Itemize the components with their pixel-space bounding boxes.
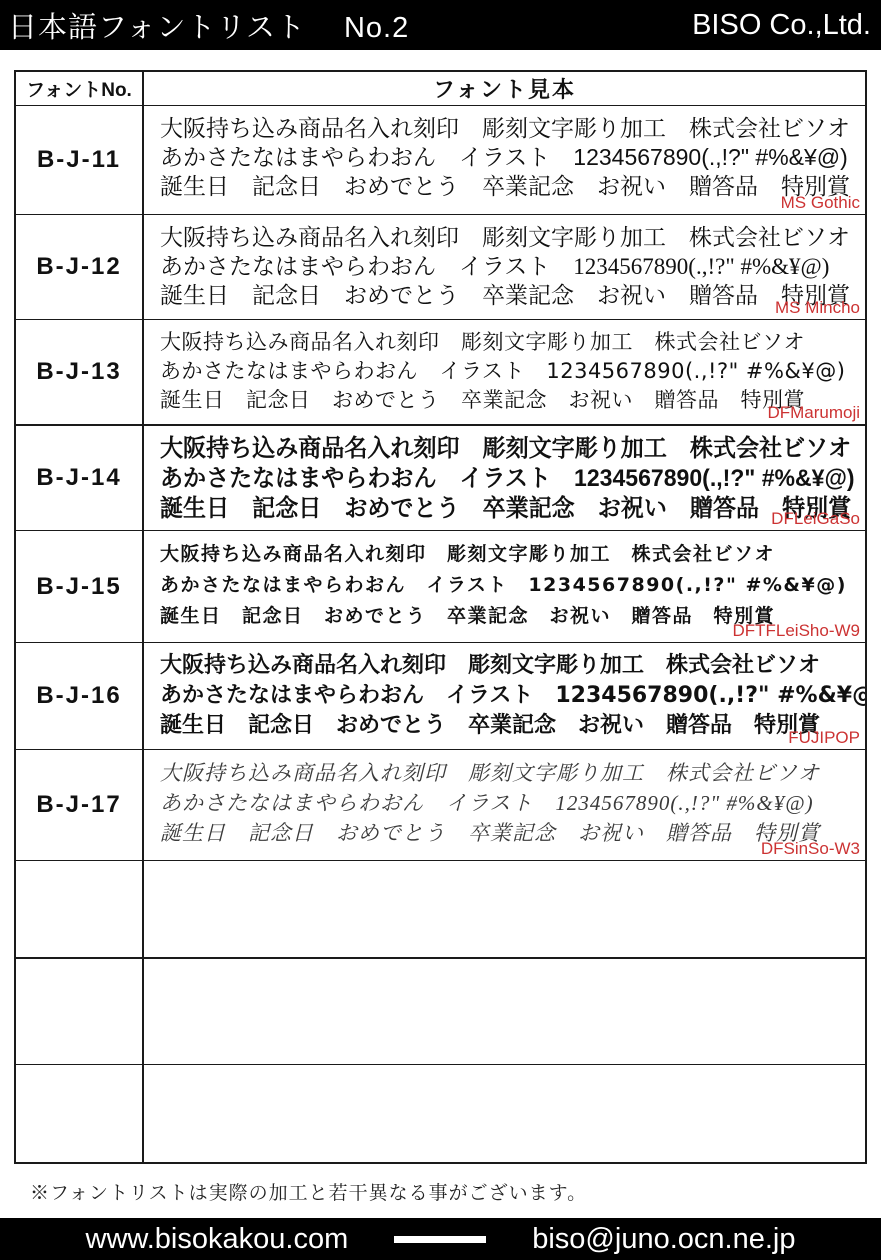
- font-no-column-header: フォントNo.: [16, 72, 144, 105]
- font-name-label: DFLeiGaSo: [771, 509, 860, 529]
- font-name-label: FUJIPOP: [788, 728, 860, 748]
- footer-bar: www.bisokakou.com biso@juno.ocn.ne.jp: [0, 1218, 881, 1260]
- sample-line: 大阪持ち込み商品名入れ刻印 彫刻文字彫り加工 株式会社ビソオ: [160, 758, 857, 788]
- font-no-cell: B-J-12: [16, 215, 144, 319]
- font-row-b-j-14: B-J-14 大阪持ち込み商品名入れ刻印 彫刻文字彫り加工 株式会社ビソオ あか…: [16, 424, 865, 530]
- font-name-label: MS Mincho: [775, 298, 860, 318]
- font-sample-cell: 大阪持ち込み商品名入れ刻印 彫刻文字彫り加工 株式会社ビソオ あかさたなはまやら…: [144, 426, 865, 530]
- sample-line: 大阪持ち込み商品名入れ刻印 彫刻文字彫り加工 株式会社ビソオ: [160, 539, 857, 570]
- empty-row: [16, 1064, 865, 1162]
- font-no-cell: B-J-13: [16, 320, 144, 424]
- sample-line: あかさたなはまやらわおん イラスト 1234567890(.,!?" #%&¥@…: [160, 464, 856, 494]
- sample-line: 誕生日 記念日 おめでとう 卒業記念 お祝い 贈答品 特別賞: [160, 818, 857, 848]
- sample-line: 誕生日 記念日 おめでとう 卒業記念 お祝い 贈答品 特別賞: [160, 386, 857, 415]
- font-no-cell: B-J-11: [16, 106, 144, 214]
- page-number: No.2: [344, 12, 409, 44]
- font-name-label: DFTFLeiSho-W9: [732, 621, 860, 641]
- table-header-row: フォントNo. フォント見本: [16, 72, 865, 105]
- font-no-cell: B-J-14: [16, 426, 144, 530]
- sample-line: あかさたなはまやらわおん イラスト 1234567890(.,!?" #%&¥@…: [160, 143, 857, 172]
- sample-line: 誕生日 記念日 おめでとう 卒業記念 お祝い 贈答品 特別賞: [160, 494, 856, 524]
- sample-line: 大阪持ち込み商品名入れ刻印 彫刻文字彫り加工 株式会社ビソオ: [160, 114, 857, 143]
- font-sample-cell-empty: [144, 959, 865, 1064]
- font-sample-cell: 大阪持ち込み商品名入れ刻印 彫刻文字彫り加工 株式会社ビソオ あかさたなはまやら…: [144, 643, 865, 749]
- company-name: BISO Co.,Ltd.: [692, 9, 871, 42]
- email-address: biso@juno.ocn.ne.jp: [532, 1223, 795, 1256]
- divider-dash: [394, 1236, 486, 1243]
- sample-line: 大阪持ち込み商品名入れ刻印 彫刻文字彫り加工 株式会社ビソオ: [160, 434, 856, 464]
- font-sample-cell: 大阪持ち込み商品名入れ刻印 彫刻文字彫り加工 株式会社ビソオ あかさたなはまやら…: [144, 531, 865, 642]
- empty-row: [16, 957, 865, 1064]
- sample-line: 大阪持ち込み商品名入れ刻印 彫刻文字彫り加工 株式会社ビソオ: [160, 223, 857, 252]
- font-no-cell-empty: [16, 861, 144, 957]
- font-row-b-j-16: B-J-16 大阪持ち込み商品名入れ刻印 彫刻文字彫り加工 株式会社ビソオ あか…: [16, 642, 865, 749]
- font-no-cell-empty: [16, 1065, 144, 1162]
- font-no-cell-empty: [16, 959, 144, 1064]
- font-sample-cell: 大阪持ち込み商品名入れ刻印 彫刻文字彫り加工 株式会社ビソオ あかさたなはまやら…: [144, 320, 865, 424]
- font-no-cell: B-J-16: [16, 643, 144, 749]
- font-sample-cell: 大阪持ち込み商品名入れ刻印 彫刻文字彫り加工 株式会社ビソオ あかさたなはまやら…: [144, 750, 865, 860]
- font-name-label: DFMarumoji: [767, 403, 860, 423]
- font-no-cell: B-J-17: [16, 750, 144, 860]
- empty-row: [16, 860, 865, 957]
- font-sample-cell-empty: [144, 1065, 865, 1162]
- sample-line: あかさたなはまやらわおん イラスト 1234567890(.,!?" #%&¥@…: [160, 570, 857, 601]
- font-row-b-j-17: B-J-17 大阪持ち込み商品名入れ刻印 彫刻文字彫り加工 株式会社ビソオ あか…: [16, 749, 865, 860]
- page-title-text: 日本語フォントリスト: [8, 12, 306, 44]
- disclaimer-note: ※フォントリストは実際の加工と若干異なる事がございます。: [30, 1178, 587, 1205]
- sample-line: 誕生日 記念日 おめでとう 卒業記念 お祝い 贈答品 特別賞: [160, 711, 857, 741]
- font-row-b-j-15: B-J-15 大阪持ち込み商品名入れ刻印 彫刻文字彫り加工 株式会社ビソオ あか…: [16, 530, 865, 642]
- font-sample-cell: 大阪持ち込み商品名入れ刻印 彫刻文字彫り加工 株式会社ビソオ あかさたなはまやら…: [144, 215, 865, 319]
- sample-line: 誕生日 記念日 おめでとう 卒業記念 お祝い 贈答品 特別賞: [160, 172, 857, 201]
- sample-line: あかさたなはまやらわおん イラスト 1234567890(.,!?" #%&¥@…: [160, 252, 857, 281]
- font-sample-column-header: フォント見本: [144, 72, 865, 105]
- font-name-label: DFSinSo-W3: [761, 839, 860, 859]
- document-page: 日本語フォントリストNo.2 BISO Co.,Ltd. フォントNo. フォン…: [0, 0, 881, 1260]
- sample-line: あかさたなはまやらわおん イラスト 1234567890(.,!?" #%&¥@…: [160, 681, 857, 711]
- font-name-label: MS Gothic: [781, 193, 860, 213]
- page-title: 日本語フォントリストNo.2: [8, 5, 409, 46]
- website-url: www.bisokakou.com: [86, 1223, 349, 1256]
- sample-line: 誕生日 記念日 おめでとう 卒業記念 お祝い 贈答品 特別賞: [160, 281, 857, 310]
- sample-line: 大阪持ち込み商品名入れ刻印 彫刻文字彫り加工 株式会社ビソオ: [160, 651, 857, 681]
- font-sample-cell: 大阪持ち込み商品名入れ刻印 彫刻文字彫り加工 株式会社ビソオ あかさたなはまやら…: [144, 106, 865, 214]
- font-no-cell: B-J-15: [16, 531, 144, 642]
- font-sample-cell-empty: [144, 861, 865, 957]
- font-row-b-j-13: B-J-13 大阪持ち込み商品名入れ刻印 彫刻文字彫り加工 株式会社ビソオ あか…: [16, 319, 865, 424]
- font-row-b-j-11: B-J-11 大阪持ち込み商品名入れ刻印 彫刻文字彫り加工 株式会社ビソオ あか…: [16, 105, 865, 214]
- sample-line: 大阪持ち込み商品名入れ刻印 彫刻文字彫り加工 株式会社ビソオ: [160, 328, 857, 357]
- sample-line: あかさたなはまやらわおん イラスト 1234567890(.,!?" #%&¥@…: [160, 357, 857, 386]
- font-table: フォントNo. フォント見本 B-J-11 大阪持ち込み商品名入れ刻印 彫刻文字…: [14, 70, 867, 1164]
- sample-line: あかさたなはまやらわおん イラスト 1234567890(.,!?" #%&¥@…: [160, 788, 857, 818]
- font-row-b-j-12: B-J-12 大阪持ち込み商品名入れ刻印 彫刻文字彫り加工 株式会社ビソオ あか…: [16, 214, 865, 319]
- header-bar: 日本語フォントリストNo.2 BISO Co.,Ltd.: [0, 0, 881, 50]
